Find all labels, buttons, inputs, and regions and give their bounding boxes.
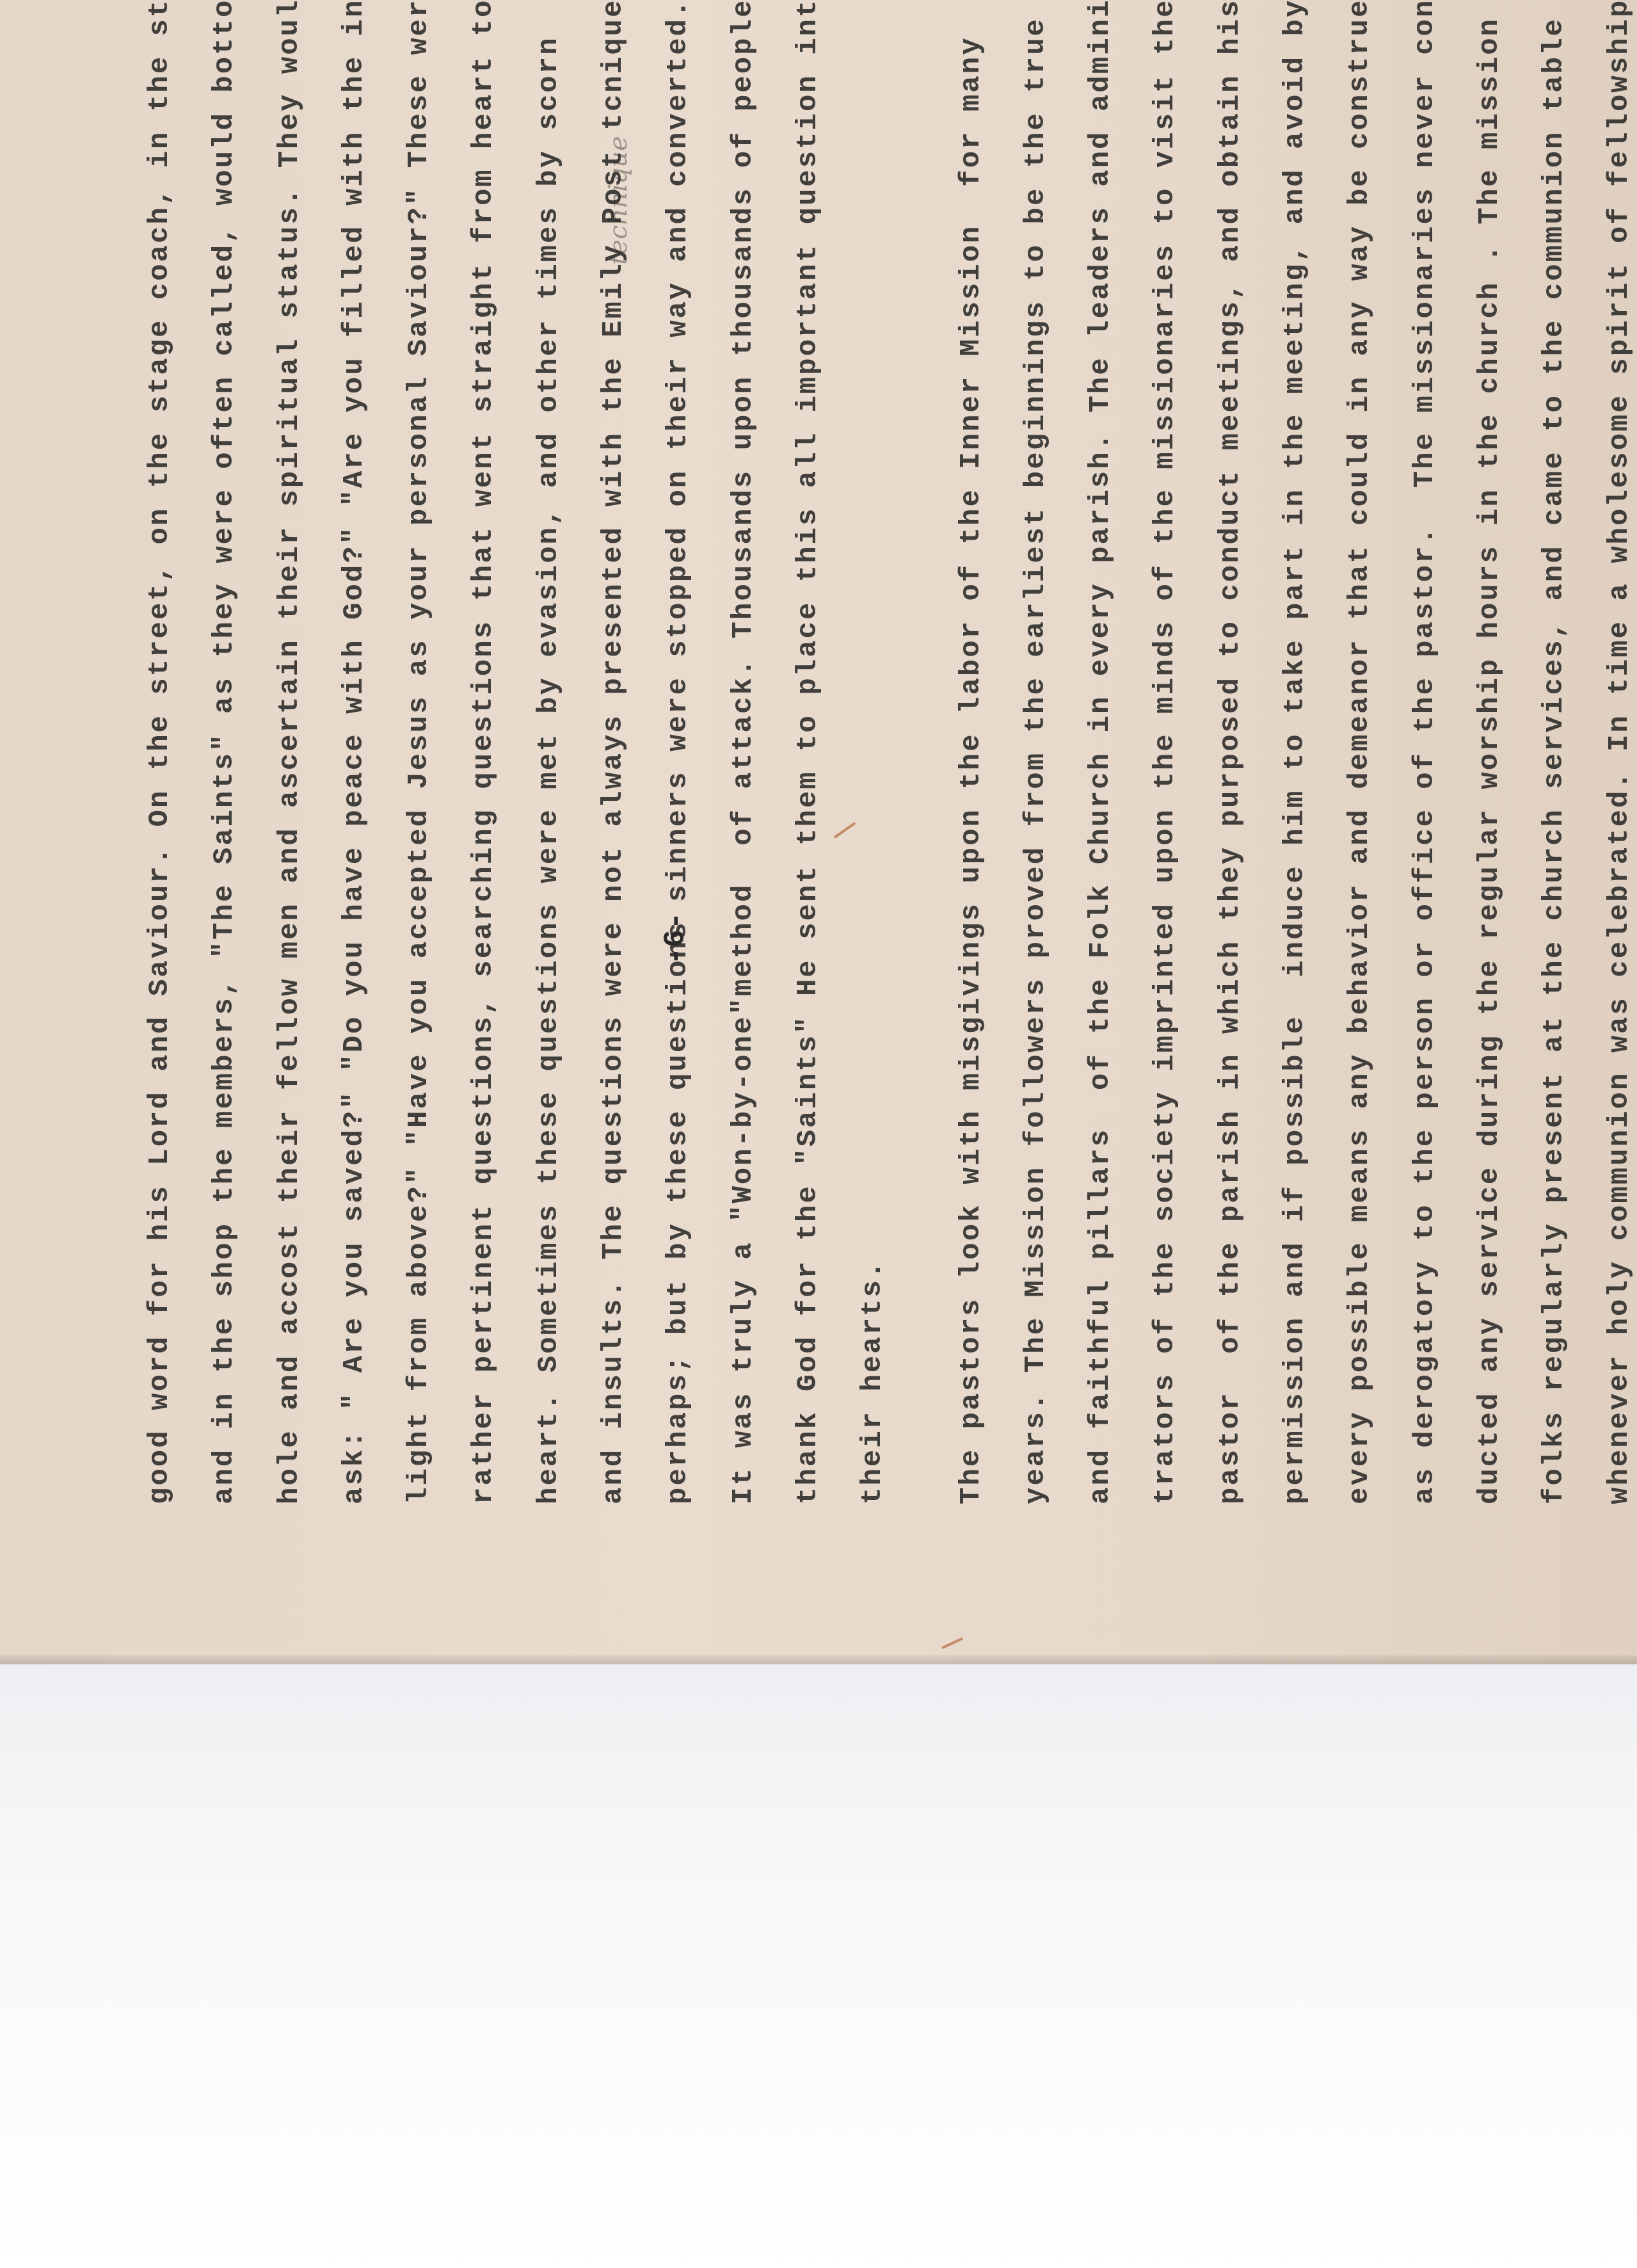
text-line: heart. Sometimes these questions were me… (523, 96, 588, 1504)
scanner-background (0, 1664, 1637, 2268)
scanned-page: -6- technique good word for his Lord and… (0, 0, 1637, 1664)
text-line: rather pertinent questions, searching qu… (458, 96, 523, 1504)
text-line: hole and accost their fellow men and asc… (264, 96, 329, 1504)
text-line: The pastors look with misgivings upon th… (946, 96, 1010, 1504)
text-line: whenever holy communion was celebrated. … (1594, 96, 1637, 1504)
text-line: and in the shop the members, "The Saints… (199, 96, 264, 1504)
text-line: ducted any service during the regular wo… (1464, 96, 1529, 1504)
text-line: and insults. The questions were not alwa… (588, 96, 653, 1504)
ink-mark (941, 1637, 963, 1650)
text-line: good word for his Lord and Saviour. On t… (134, 96, 199, 1504)
text-line: and faithful pillars of the Folk Church … (1075, 96, 1140, 1504)
text-line: their hearts. (847, 96, 912, 1504)
text-line: perhaps; but by these questions sinners … (653, 96, 717, 1504)
text-line: pastor of the parish in which they purpo… (1205, 96, 1270, 1504)
text-line: folks regularly present at the church se… (1529, 96, 1593, 1504)
text-line: years. The Mission followers proved from… (1010, 96, 1075, 1504)
text-line: every possible means any behavior and de… (1334, 96, 1399, 1504)
text-line: ask: " Are you saved?" "Do you have peac… (329, 96, 394, 1504)
typed-text-block: good word for his Lord and Saviour. On t… (134, 96, 1637, 1504)
paragraph-1: good word for his Lord and Saviour. On t… (134, 96, 913, 1504)
text-line: trators of the society imprinted upon th… (1140, 96, 1204, 1504)
text-line: as derogatory to the person or office of… (1400, 96, 1464, 1504)
text-line: permission and if possible induce him to… (1270, 96, 1334, 1504)
text-line: light from above?" "Have you accepted Je… (394, 96, 458, 1504)
paragraph-2: The pastors look with misgivings upon th… (946, 96, 1637, 1504)
text-line: thank God for the "Saints" He sent them … (783, 96, 847, 1504)
text-line: It was truly a "Won-by-one"method of att… (718, 96, 783, 1504)
